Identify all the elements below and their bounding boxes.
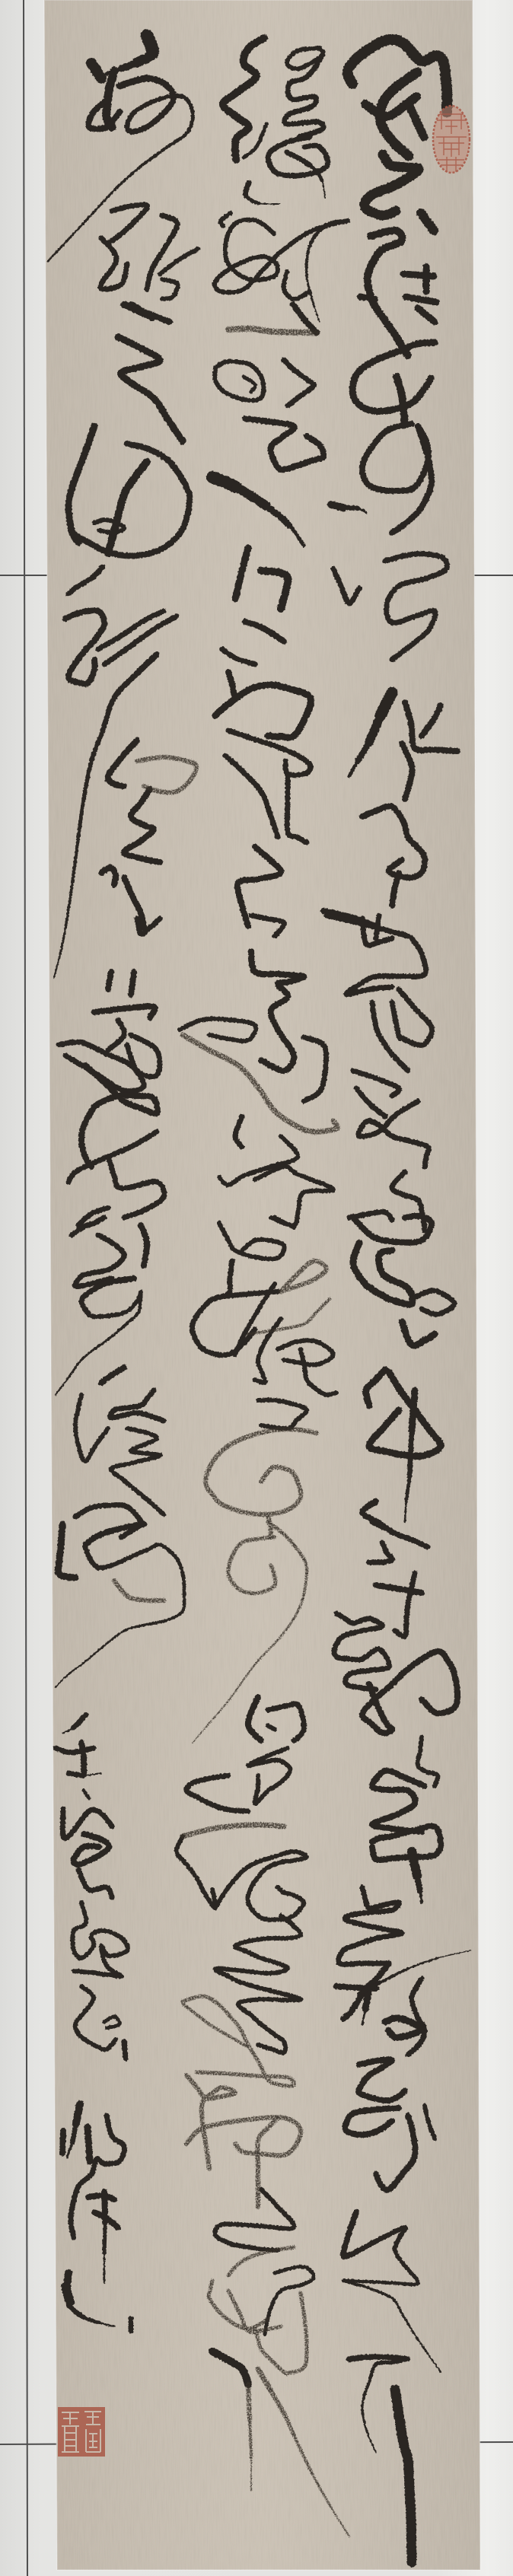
ink-stroke — [376, 915, 379, 938]
ink-stroke — [417, 1876, 420, 1891]
ink-stroke — [392, 2359, 408, 2362]
ink-stroke — [420, 1891, 422, 1903]
calligraphy-scroll-photo — [0, 0, 513, 2576]
ink-stroke — [360, 297, 375, 299]
ink-stroke — [412, 1852, 417, 1876]
ink-stroke — [396, 2283, 418, 2285]
ink-stroke — [343, 508, 358, 508]
seal-bottom-left — [58, 2407, 105, 2457]
ink-stroke — [183, 1594, 184, 1611]
ink-stroke — [65, 2287, 70, 2302]
ink-stroke — [88, 2127, 90, 2161]
seal-top-right — [433, 106, 470, 173]
ink-stroke — [108, 972, 111, 989]
ink-stroke — [124, 2042, 126, 2059]
ink-stroke — [69, 1773, 84, 1775]
ink-stroke — [365, 2281, 396, 2283]
ink-stroke — [76, 2104, 80, 2123]
ink-stroke — [140, 1291, 141, 1305]
ink-stroke — [376, 2362, 392, 2364]
ink-stroke — [94, 1315, 114, 1317]
ink-stroke — [131, 972, 134, 995]
ink-stroke — [183, 1573, 184, 1594]
ink-stroke — [62, 2131, 63, 2154]
ink-stroke — [104, 2222, 105, 2253]
ink-stroke — [104, 2192, 105, 2222]
ink-stroke — [81, 1743, 84, 1773]
ink-stroke — [250, 2420, 251, 2458]
ink-stroke — [248, 2384, 250, 2420]
ink-stroke — [412, 1390, 415, 1431]
ink-stroke — [376, 2357, 396, 2358]
ink-stroke — [259, 203, 279, 204]
ink-stroke — [409, 1431, 412, 1476]
